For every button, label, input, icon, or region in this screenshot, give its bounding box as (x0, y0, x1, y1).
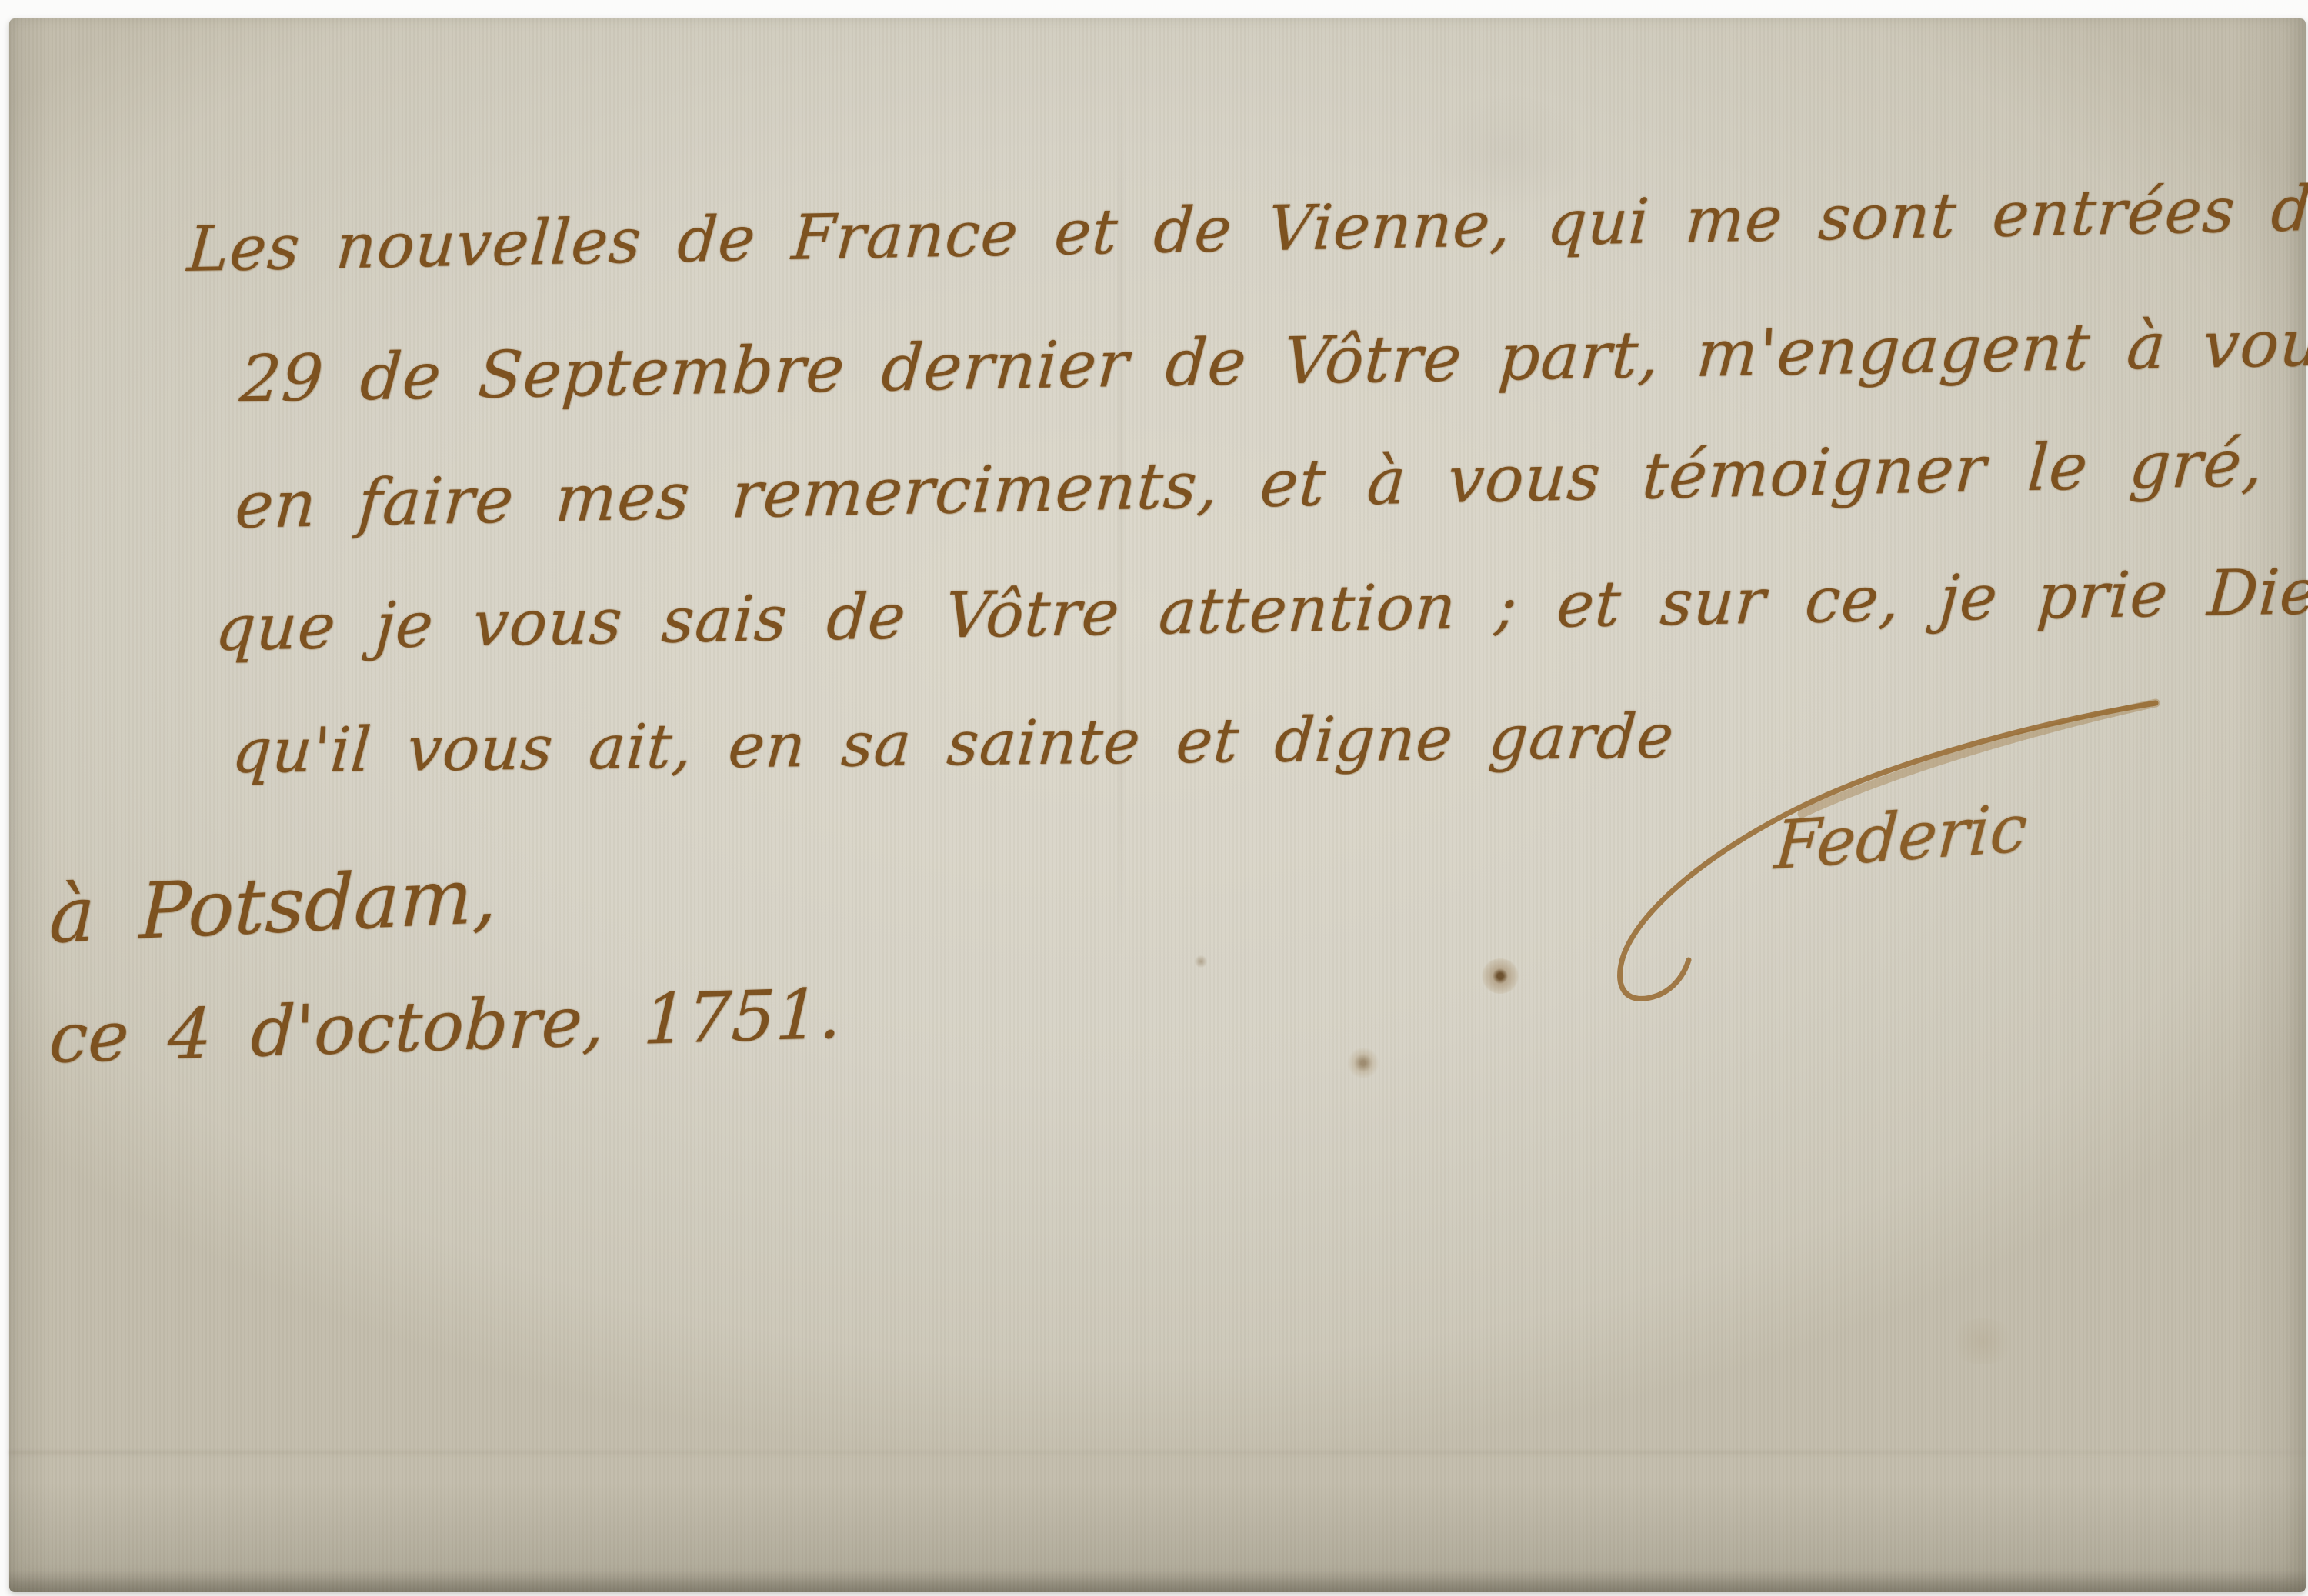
letter-body-line-3: en faire mes remerciments, et à vous tém… (233, 425, 2266, 543)
foxing-stain (1480, 958, 1520, 994)
letter-body-line-5: qu'il vous ait, en sa sainte et digne ga… (229, 700, 1676, 787)
date-line: ce 4 d'octobre, 1751. (48, 974, 843, 1080)
foxing-stain (1346, 1048, 1380, 1078)
letter-paper-sheet: Les nouvelles de France et de Vienne, qu… (9, 18, 2306, 1592)
letter-body-line-4: que je vous sais de Vôtre attention ; et… (213, 555, 2308, 665)
foxing-stain (1194, 955, 1208, 968)
letter-body-line-2: 29 de Septembre dernier de Vôtre part, m… (238, 305, 2308, 417)
foxing-stain (1948, 1318, 2017, 1364)
letter-body-line-1: Les nouvelles de France et de Vienne, qu… (185, 172, 2308, 286)
horizontal-fold-crease (9, 1451, 2306, 1454)
letter-photograph: Les nouvelles de France et de Vienne, qu… (0, 0, 2308, 1596)
place-line: à Potsdam, (48, 850, 499, 961)
